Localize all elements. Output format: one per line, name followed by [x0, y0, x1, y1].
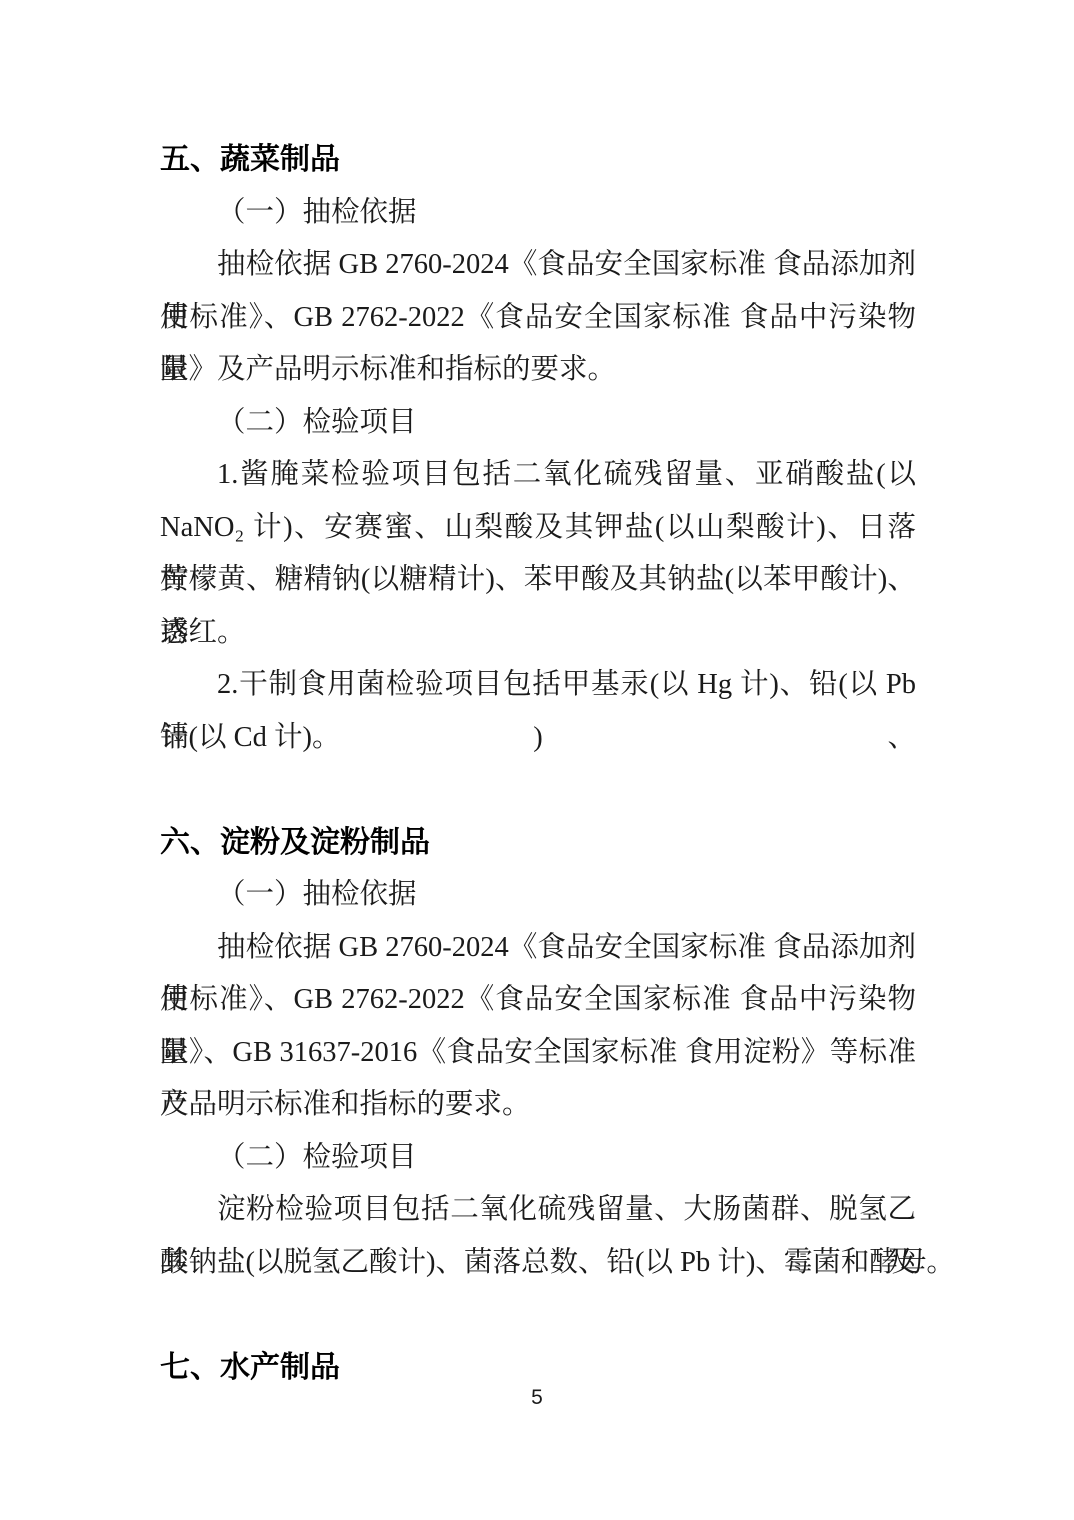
document-page: 五、蔬菜制品 （一）抽检依据 抽检依据 GB 2760-2024《食品安全国家标… [0, 0, 1074, 1520]
doc-line: NaNO₂ 计)、安赛蜜、山梨酸及其钾盐(以山梨酸计)、日落黄、 [160, 502, 916, 555]
doc-line: 产品明示标准和指标的要求。 [160, 1079, 916, 1132]
doc-line: 抽检依据 GB 2760-2024《食品安全国家标准 食品添加剂使 [160, 922, 916, 975]
blank-line [160, 764, 916, 817]
doc-line: 抽检依据 GB 2760-2024《食品安全国家标准 食品添加剂使 [160, 239, 916, 292]
doc-line: 淀粉检验项目包括二氧化硫残留量、大肠菌群、脱氢乙酸及 [160, 1184, 916, 1237]
doc-line: 用标准》、GB 2762-2022《食品安全国家标准 食品中污染物限 [160, 974, 916, 1027]
doc-line: 1.酱腌菜检验项目包括二氧化硫残留量、亚硝酸盐(以 [160, 449, 916, 502]
blank-line [160, 1289, 916, 1342]
doc-line: 柠檬黄、糖精钠(以糖精计)、苯甲酸及其钠盐(以苯甲酸计)、诱 [160, 554, 916, 607]
doc-line: 量》、GB 31637-2016《食品安全国家标准 食用淀粉》等标准及 [160, 1027, 916, 1080]
subsection-label: （一）抽检依据 [160, 187, 916, 240]
section-heading-5: 五、蔬菜制品 [160, 134, 916, 187]
doc-line: 2.干制食用菌检验项目包括甲基汞(以 Hg 计)、铅(以 Pb 计)、 [160, 659, 916, 712]
subsection-label: （二）检验项目 [160, 1132, 916, 1185]
doc-line: 其钠盐(以脱氢乙酸计)、菌落总数、铅(以 Pb 计)、霉菌和酵母。 [160, 1237, 916, 1290]
document-body: 五、蔬菜制品 （一）抽检依据 抽检依据 GB 2760-2024《食品安全国家标… [160, 134, 916, 1394]
doc-line: 用标准》、GB 2762-2022《食品安全国家标准 食品中污染物限 [160, 292, 916, 345]
doc-line: 量》及产品明示标准和指标的要求。 [160, 344, 916, 397]
section-heading-6: 六、淀粉及淀粉制品 [160, 817, 916, 870]
subsection-label: （一）抽检依据 [160, 869, 916, 922]
page-number: 5 [0, 1386, 1074, 1410]
doc-line: 惑红。 [160, 607, 916, 660]
subsection-label: （二）检验项目 [160, 397, 916, 450]
